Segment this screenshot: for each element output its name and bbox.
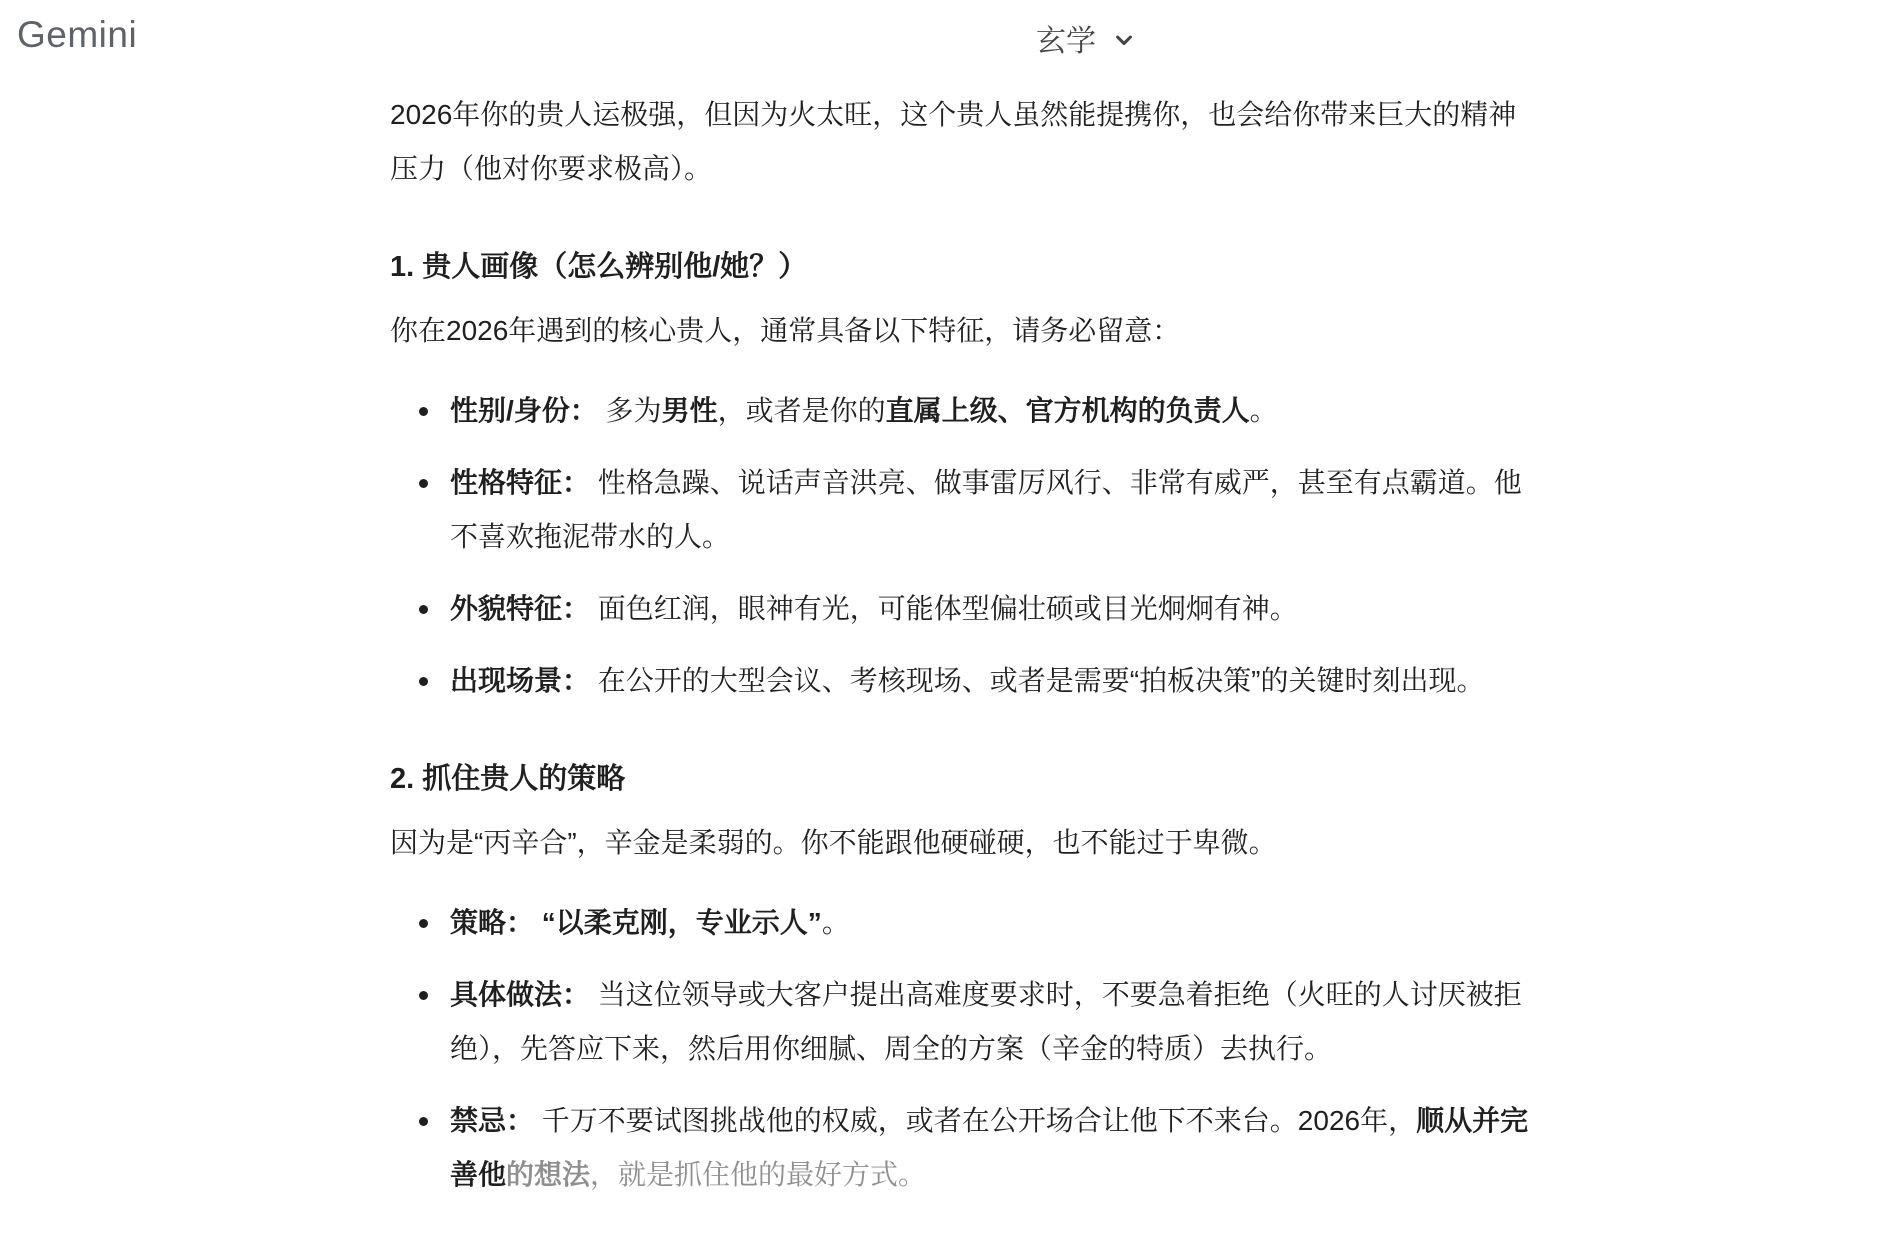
list-item: 性别/身份： 多为男性，或者是你的直属上级、官方机构的负责人。 — [450, 384, 1530, 438]
section-heading-2: 2. 抓住贵人的策略 — [390, 752, 1530, 806]
list-item: 出现场景： 在公开的大型会议、考核现场、或者是需要“拍板决策”的关键时刻出现。 — [450, 654, 1530, 708]
response-paragraph-intro: 2026年你的贵人运极强，但因为火太旺，这个贵人虽然能提携你，也会给你带来巨大的… — [390, 88, 1530, 196]
chat-response: 2026年你的贵人运极强，但因为火太旺，这个贵人虽然能提携你，也会给你带来巨大的… — [390, 0, 1530, 1228]
response-paragraph-lead-1: 你在2026年遇到的核心贵人，通常具备以下特征，请务必留意： — [390, 304, 1530, 358]
list-item: 性格特征： 性格急躁、说话声音洪亮、做事雷厉风行、非常有威严，甚至有点霸道。他不… — [450, 456, 1530, 564]
list-item: 策略： “以柔克刚，专业示人”。 — [450, 896, 1530, 950]
list-item: 外貌特征： 面色红润，眼神有光，可能体型偏壮硕或目光炯炯有神。 — [450, 582, 1530, 636]
gemini-logo[interactable]: Gemini — [17, 14, 137, 56]
section-heading-1: 1. 贵人画像（怎么辨别他/她？） — [390, 240, 1530, 294]
response-paragraph-lead-2: 因为是“丙辛合”，辛金是柔弱的。你不能跟他硬碰硬，也不能过于卑微。 — [390, 816, 1530, 870]
list-item: 禁忌： 千万不要试图挑战他的权威，或者在公开场合让他下不来台。2026年，顺从并… — [450, 1094, 1530, 1202]
list-item: 具体做法： 当这位领导或大客户提出高难度要求时，不要急着拒绝（火旺的人讨厌被拒绝… — [450, 968, 1530, 1076]
bullet-list-2: 策略： “以柔克刚，专业示人”。 具体做法： 当这位领导或大客户提出高难度要求时… — [390, 896, 1530, 1202]
bullet-list-1: 性别/身份： 多为男性，或者是你的直属上级、官方机构的负责人。 性格特征： 性格… — [390, 384, 1530, 708]
